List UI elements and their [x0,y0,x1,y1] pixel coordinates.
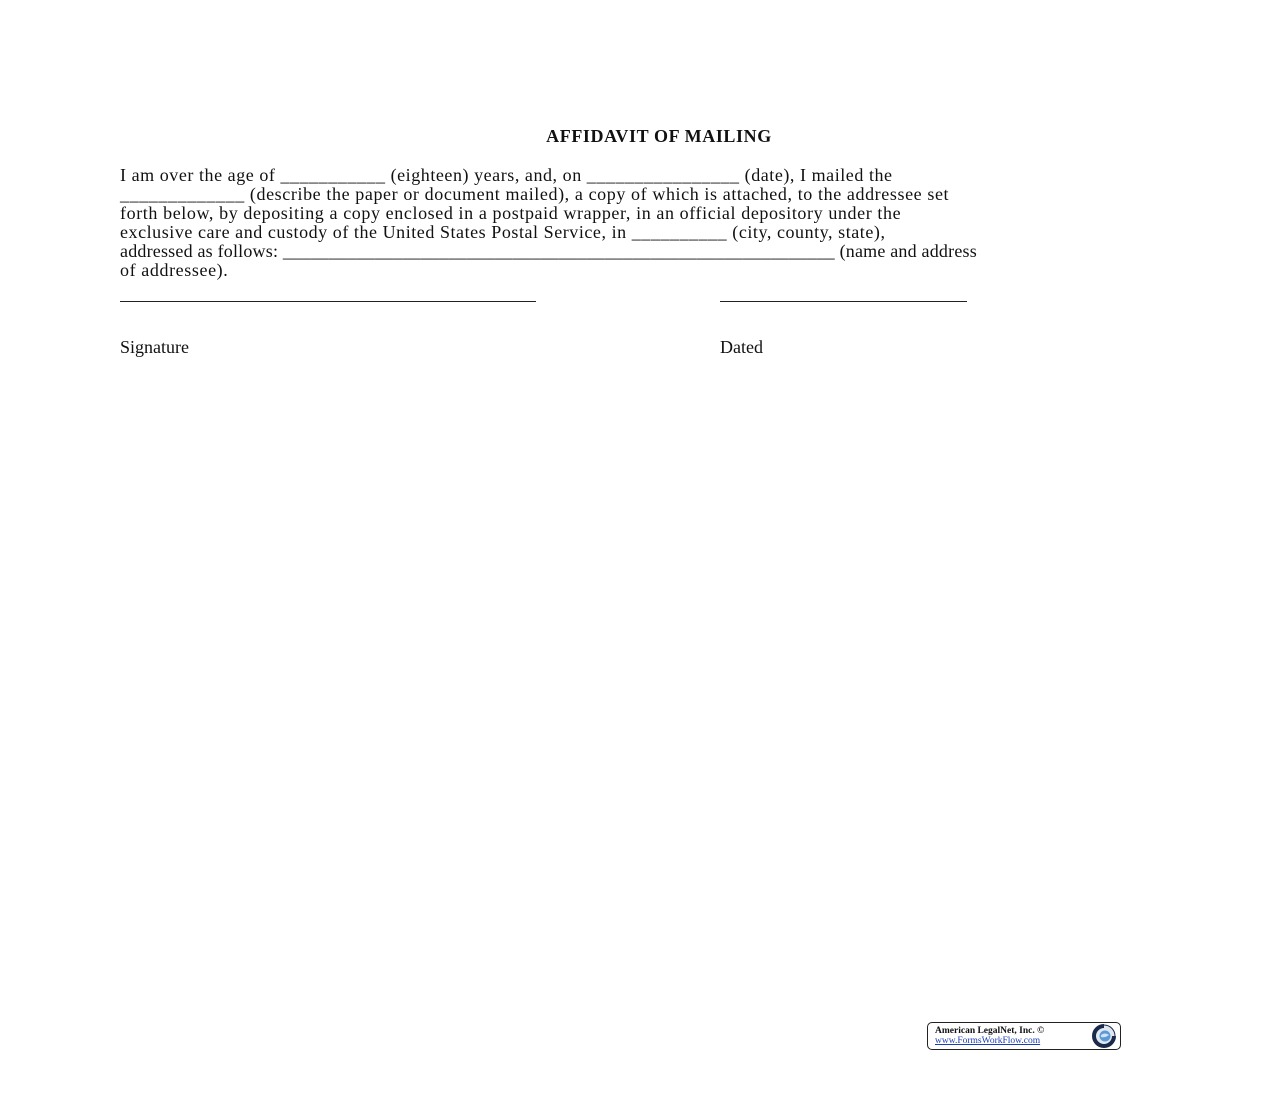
footer-website-link[interactable]: www.FormsWorkFlow.com [935,1036,1040,1046]
body-line: of addressee). [120,261,228,280]
body-line: exclusive care and custody of the United… [120,223,886,242]
dated-label: Dated [720,337,763,357]
body-line: addressed as follows: __________________… [120,242,977,261]
date-line [720,301,967,302]
document-title: AFFIDAVIT OF MAILING [0,126,1275,147]
footer-company-name: American LegalNet, Inc. © [935,1026,1044,1036]
footer-badge: American LegalNet, Inc. © www.FormsWorkF… [927,1022,1121,1050]
globe-logo-icon [1092,1024,1116,1048]
signature-label: Signature [120,337,189,357]
body-line: _____________ (describe the paper or doc… [120,185,949,204]
body-line: forth below, by depositing a copy enclos… [120,204,901,223]
body-line: I am over the age of ___________ (eighte… [120,166,893,185]
signature-line [120,301,536,302]
